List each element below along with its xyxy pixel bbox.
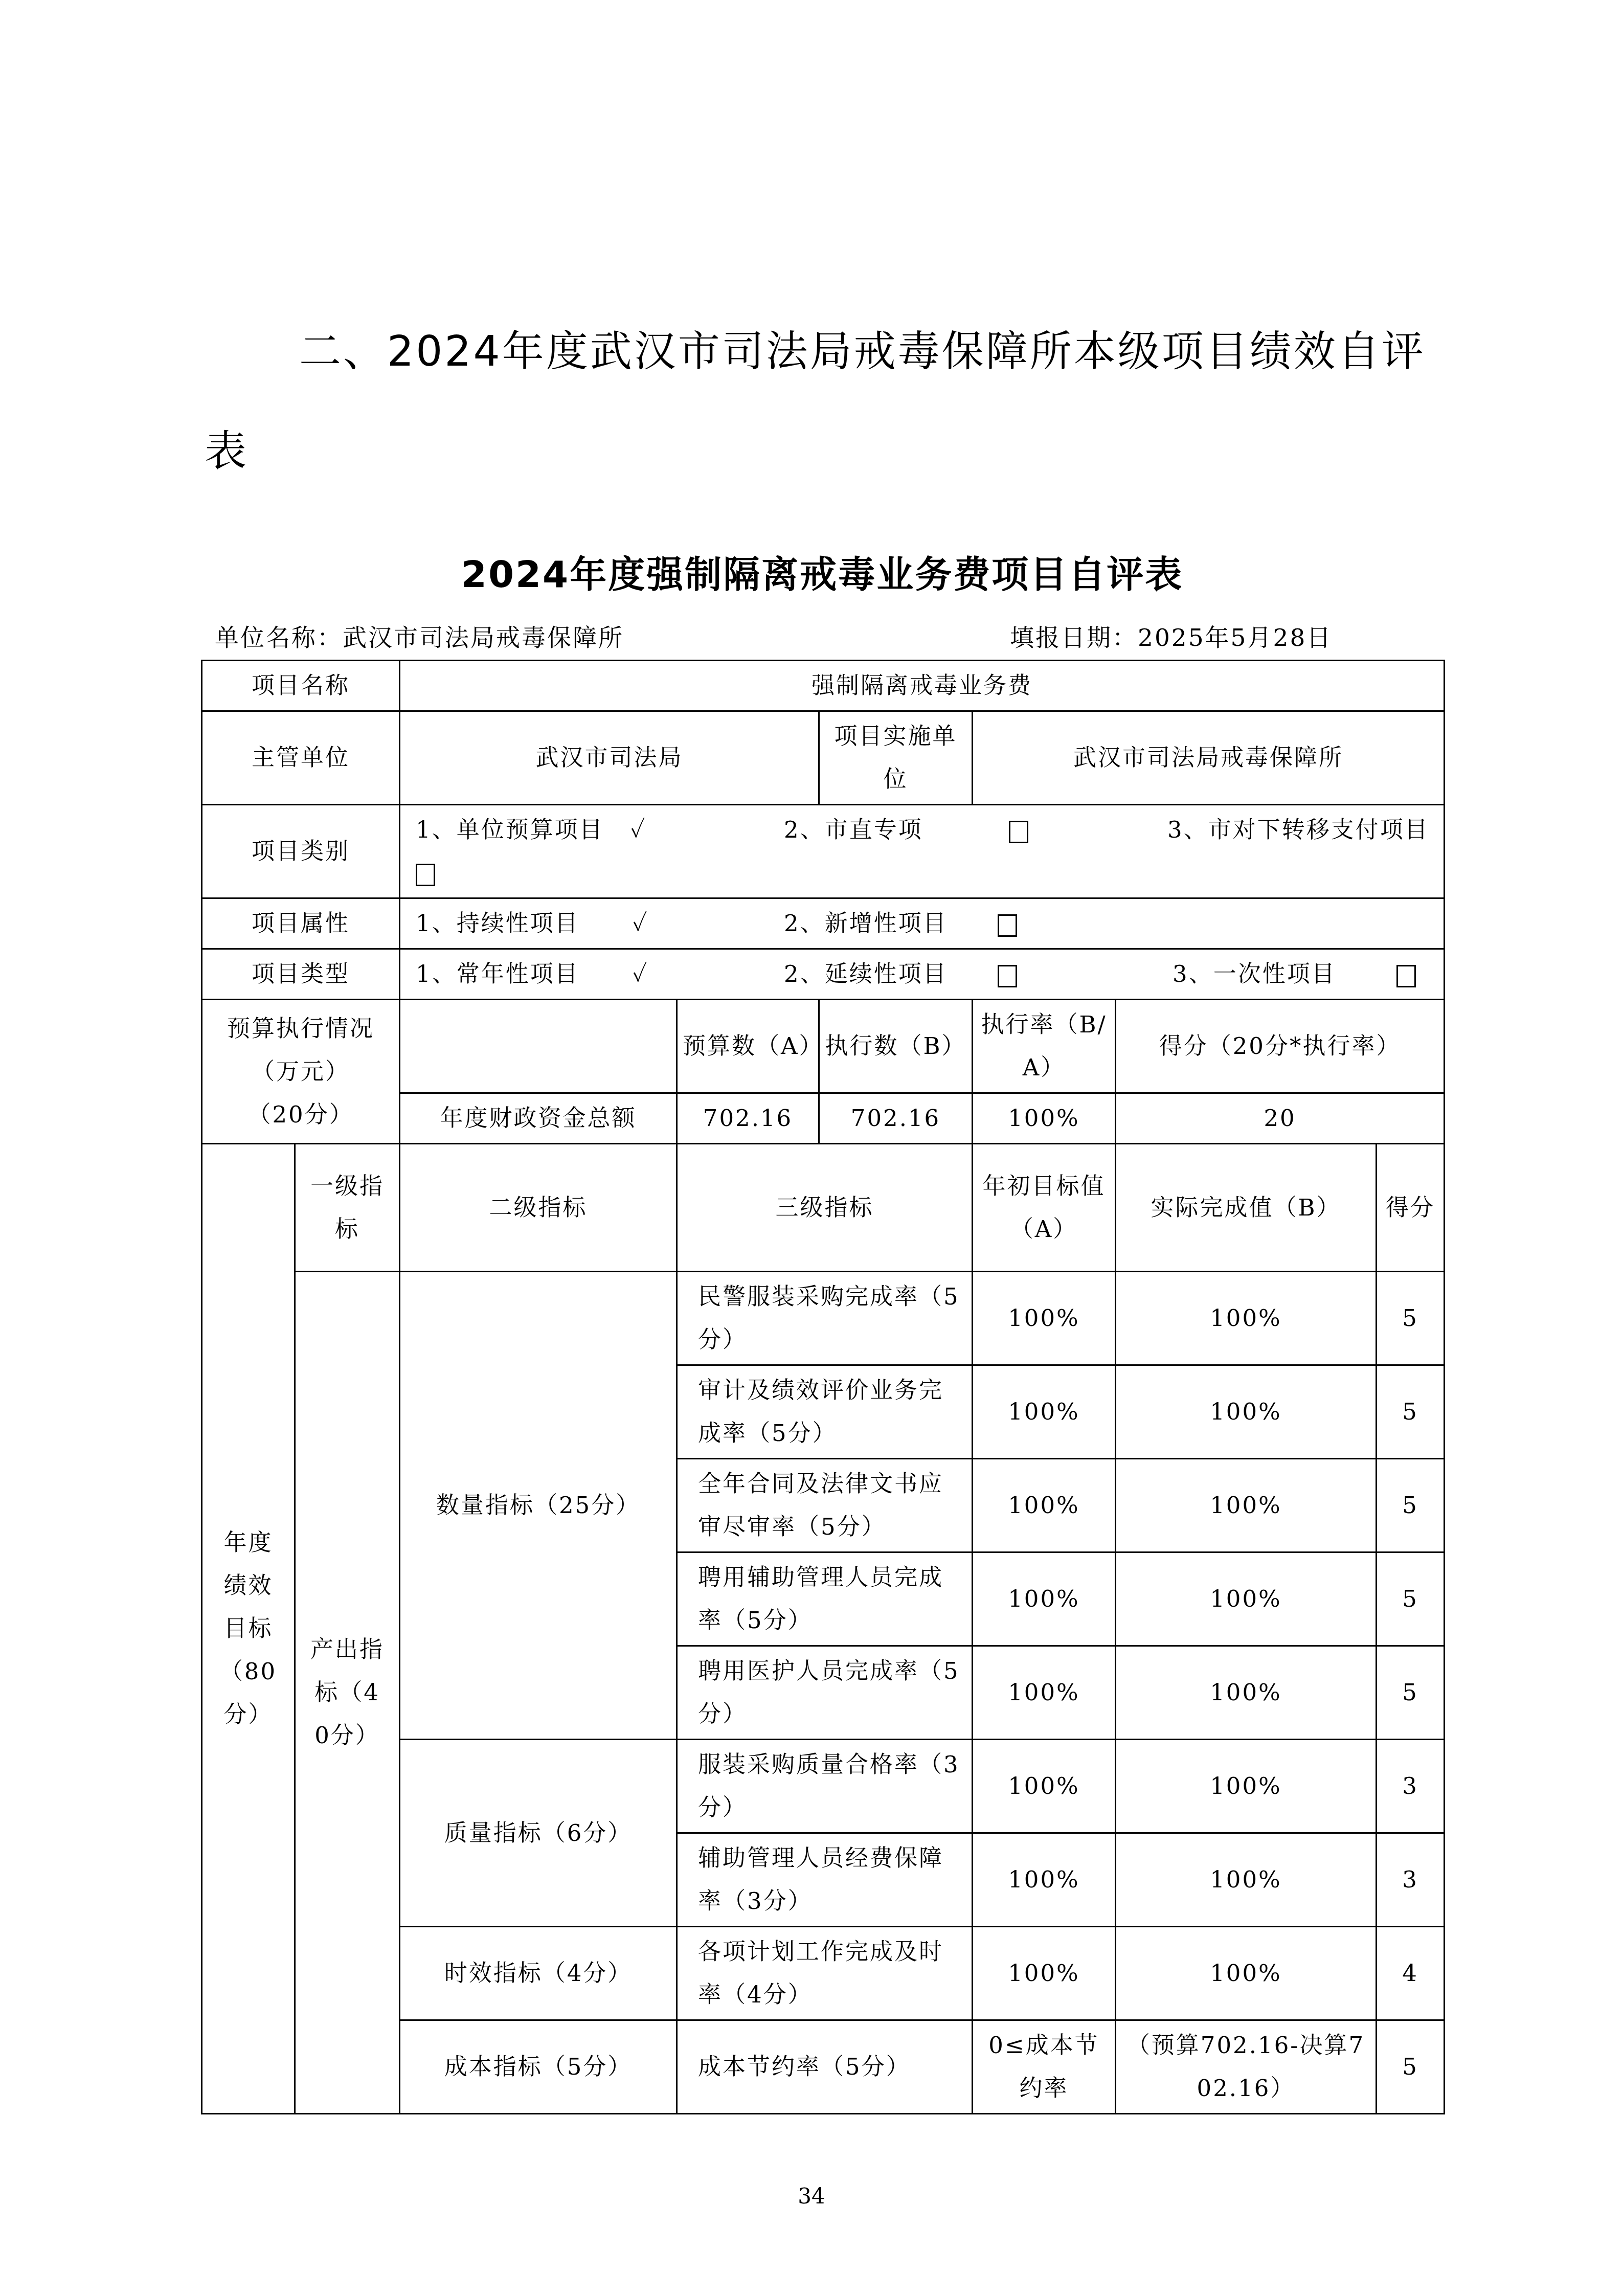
- level3-item: 民警服装采购完成率（5分）: [677, 1272, 973, 1365]
- fill-date: 填报日期：2025年5月28日: [1010, 619, 1332, 653]
- category-option-2[interactable]: 2、市直专项: [784, 808, 1167, 851]
- row-type: 项目类型 1、常年性项目 ✓2、延续性项目3、一次性项目: [202, 949, 1445, 1000]
- target-value: 100%: [973, 1927, 1116, 2020]
- header-actual: 实际完成值（B）: [1116, 1144, 1377, 1272]
- level3-item: 各项计划工作完成及时率（4分）: [677, 1927, 973, 2020]
- target-value: 100%: [973, 1740, 1116, 1833]
- level3-item: 服装采购质量合格率（3分）: [677, 1740, 973, 1833]
- level3-item: 聘用医护人员完成率（5分）: [677, 1646, 973, 1740]
- level3-item: 辅助管理人员经费保障率（3分）: [677, 1833, 973, 1927]
- actual-value: 100%: [1116, 1365, 1377, 1459]
- row-project-name: 项目名称 强制隔离戒毒业务费: [202, 661, 1445, 711]
- actual-value: 100%: [1116, 1927, 1377, 2020]
- budget-header-score: 得分（20分*执行率）: [1116, 1000, 1445, 1093]
- target-value: 0≤成本节约率: [973, 2020, 1116, 2114]
- header-target: 年初目标值（A）: [973, 1144, 1116, 1272]
- attribute-option-1[interactable]: 1、持续性项目 ✓: [416, 902, 784, 945]
- category-label: 项目类别: [202, 805, 400, 898]
- section-heading: 二、2024年度武汉市司法局戒毒保障所本级项目绩效自评表: [205, 302, 1442, 501]
- budget-blank-header: [400, 1000, 677, 1093]
- target-value: 100%: [973, 1459, 1116, 1552]
- score-value: 5: [1377, 1365, 1445, 1459]
- execution-value: 702.16: [819, 1093, 973, 1144]
- target-value: 100%: [973, 1646, 1116, 1740]
- score-value: 5: [1377, 1552, 1445, 1646]
- target-value: 100%: [973, 1833, 1116, 1927]
- level3-item: 审计及绩效评价业务完成率（5分）: [677, 1365, 973, 1459]
- type-option-2[interactable]: 2、延续性项目: [784, 953, 1173, 996]
- check-icon: ✓: [632, 910, 648, 937]
- level3-item: 成本节约率（5分）: [677, 2020, 973, 2114]
- level2-quality: 质量指标（6分）: [400, 1740, 677, 1927]
- rate-value: 100%: [973, 1093, 1116, 1144]
- level2-quantity: 数量指标（25分）: [400, 1272, 677, 1740]
- row-attribute: 项目属性 1、持续性项目 ✓2、新增性项目: [202, 898, 1445, 949]
- project-name-label: 项目名称: [202, 661, 400, 711]
- type-label: 项目类型: [202, 949, 400, 1000]
- score-value: 4: [1377, 1927, 1445, 2020]
- category-options: 1、单位预算项目 ✓2、市直专项3、市对下转移支付项目: [400, 805, 1445, 898]
- type-options: 1、常年性项目 ✓2、延续性项目3、一次性项目: [400, 949, 1445, 1000]
- header-level1: 一级指标: [295, 1144, 400, 1272]
- checkbox-icon: [998, 965, 1017, 987]
- header-level3: 三级指标: [677, 1144, 973, 1272]
- checkbox-icon: [1009, 821, 1028, 843]
- target-value: 100%: [973, 1272, 1116, 1365]
- budget-value: 702.16: [677, 1093, 819, 1144]
- target-value: 100%: [973, 1365, 1116, 1459]
- actual-value: 100%: [1116, 1272, 1377, 1365]
- row-budget-header: 预算执行情况 （万元） （20分） 预算数（A） 执行数（B） 执行率（B/A）…: [202, 1000, 1445, 1093]
- score-value: 5: [1377, 1646, 1445, 1740]
- header-score: 得分: [1377, 1144, 1445, 1272]
- attribute-option-2[interactable]: 2、新增性项目: [784, 902, 1017, 945]
- budget-label: 预算执行情况 （万元） （20分）: [202, 1000, 400, 1144]
- level3-item: 聘用辅助管理人员完成率（5分）: [677, 1552, 973, 1646]
- budget-header-rate: 执行率（B/A）: [973, 1000, 1116, 1093]
- attribute-label: 项目属性: [202, 898, 400, 949]
- category-option-3[interactable]: 3、市对下转移支付项目: [1167, 808, 1429, 851]
- implementing-unit-label: 项目实施单位: [819, 711, 973, 805]
- score-value: 5: [1377, 2020, 1445, 2114]
- score-value: 5: [1377, 1272, 1445, 1365]
- actual-value: 100%: [1116, 1459, 1377, 1552]
- table-row: 产出指标（40分） 数量指标（25分） 民警服装采购完成率（5分） 100% 1…: [202, 1272, 1445, 1365]
- actual-value: 100%: [1116, 1552, 1377, 1646]
- competent-unit-label: 主管单位: [202, 711, 400, 805]
- checkbox-icon[interactable]: [416, 864, 435, 886]
- budget-row-label: 年度财政资金总额: [400, 1093, 677, 1144]
- check-icon: ✓: [630, 816, 647, 843]
- target-value: 100%: [973, 1552, 1116, 1646]
- checkbox-icon: [998, 914, 1017, 937]
- actual-value: 100%: [1116, 1833, 1377, 1927]
- row-units: 主管单位 武汉市司法局 项目实施单位 武汉市司法局戒毒保障所: [202, 711, 1445, 805]
- project-name-value: 强制隔离戒毒业务费: [400, 661, 1445, 711]
- row-performance-header: 年度绩效目标（80分） 一级指标 二级指标 三级指标 年初目标值（A） 实际完成…: [202, 1144, 1445, 1272]
- level2-timeliness: 时效指标（4分）: [400, 1927, 677, 2020]
- actual-value: 100%: [1116, 1646, 1377, 1740]
- row-category: 项目类别 1、单位预算项目 ✓2、市直专项3、市对下转移支付项目: [202, 805, 1445, 898]
- unit-name: 单位名称：武汉市司法局戒毒保障所: [215, 619, 624, 653]
- actual-value: （预算702.16-决算702.16）: [1116, 2020, 1377, 2114]
- score-value: 5: [1377, 1459, 1445, 1552]
- type-option-3[interactable]: 3、一次性项目: [1173, 953, 1416, 996]
- actual-value: 100%: [1116, 1740, 1377, 1833]
- budget-header-budget: 预算数（A）: [677, 1000, 819, 1093]
- checkbox-icon: [1396, 965, 1416, 987]
- level2-cost: 成本指标（5分）: [400, 2020, 677, 2114]
- level1-output: 产出指标（40分）: [295, 1272, 400, 2114]
- table-title: 2024年度强制隔离戒毒业务费项目自评表: [201, 545, 1444, 598]
- competent-unit-value: 武汉市司法局: [400, 711, 819, 805]
- check-icon: ✓: [632, 960, 648, 987]
- performance-group-label: 年度绩效目标（80分）: [202, 1144, 295, 2114]
- budget-header-execution: 执行数（B）: [819, 1000, 973, 1093]
- implementing-unit-value: 武汉市司法局戒毒保障所: [973, 711, 1445, 805]
- score-value: 3: [1377, 1833, 1445, 1927]
- header-level2: 二级指标: [400, 1144, 677, 1272]
- type-option-1[interactable]: 1、常年性项目 ✓: [416, 953, 784, 996]
- page-number: 34: [0, 2184, 1623, 2209]
- category-option-1[interactable]: 1、单位预算项目 ✓: [416, 808, 784, 851]
- score-value: 20: [1116, 1093, 1445, 1144]
- attribute-options: 1、持续性项目 ✓2、新增性项目: [400, 898, 1445, 949]
- level3-item: 全年合同及法律文书应审尽审率（5分）: [677, 1459, 973, 1552]
- score-value: 3: [1377, 1740, 1445, 1833]
- self-evaluation-table: 项目名称 强制隔离戒毒业务费 主管单位 武汉市司法局 项目实施单位 武汉市司法局…: [201, 660, 1445, 2114]
